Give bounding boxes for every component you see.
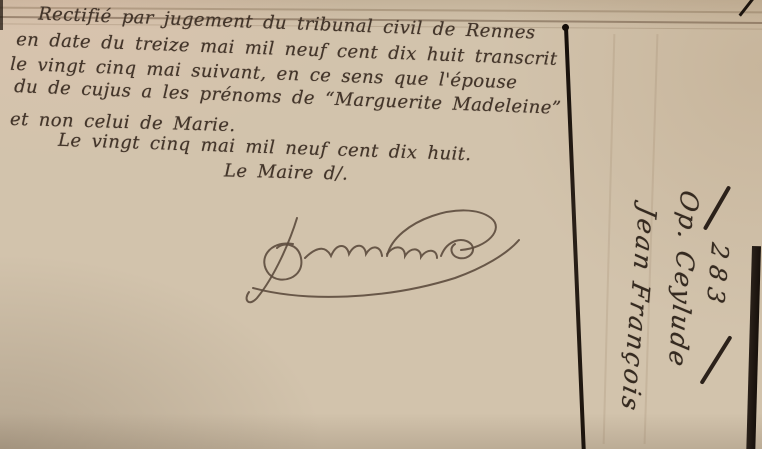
- page-edge-mark-top-left: [0, 0, 3, 30]
- binding-edge-line: [746, 246, 761, 449]
- note-mayor-line: Le Maire d/.: [224, 160, 349, 184]
- page-edge-mark-top-right: [739, 0, 755, 17]
- note-date-line: Le vingt cinq mai mil neuf cent dix huit…: [58, 130, 472, 165]
- register-margin-rule: [564, 27, 586, 449]
- margin-dash-bottom: [699, 335, 732, 385]
- margin-given-names: Jean François: [615, 203, 662, 415]
- vertical-fold-line: [603, 34, 616, 444]
- margin-act-number: 283: [701, 241, 734, 313]
- mayor-signature: [235, 196, 535, 306]
- register-page-photo: Rectifié par jugement du tribunal civil …: [0, 0, 762, 449]
- margin-surname: Op. Ceylude: [663, 188, 704, 371]
- margin-dash-top: [703, 185, 731, 230]
